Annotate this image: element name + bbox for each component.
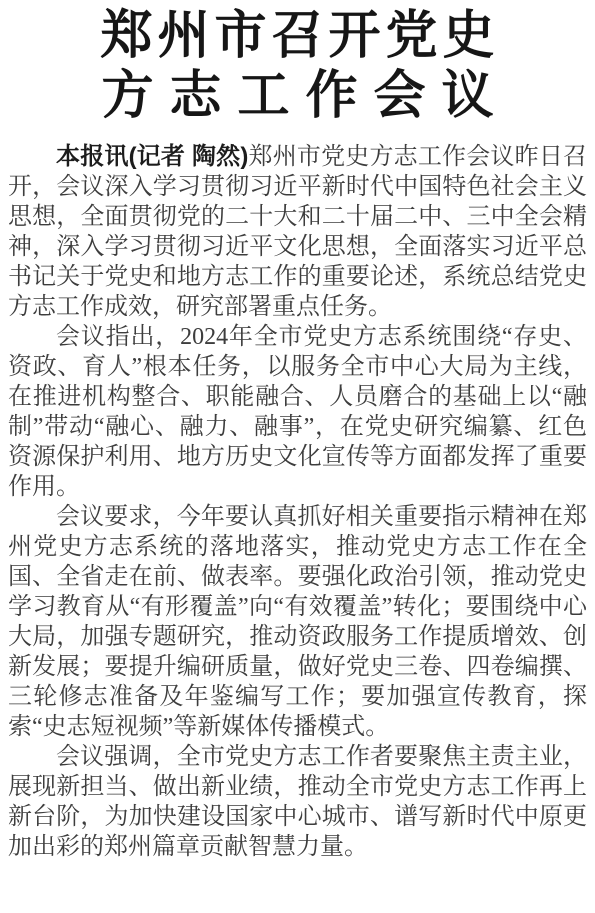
newspaper-page: 郑州市召开党史 方志工作会议 本报讯(记者 陶然)郑州市党史方志工作会议昨日召开… xyxy=(0,0,595,913)
paragraph-1-text: 郑州市党史方志工作会议昨日召开，会议深入学习贯彻习近平新时代中国特色社会主义思想… xyxy=(8,144,587,320)
article-headline: 郑州市召开党史 方志工作会议 xyxy=(0,0,595,126)
paragraph-3: 会议要求，今年要认真抓好相关重要指示精神在郑州党史方志系统的落地落实，推动党史方… xyxy=(8,502,587,742)
paragraph-4: 会议强调，全市党史方志工作者要聚焦主责主业，展现新担当、做出新业绩，推动全市党史… xyxy=(8,742,587,862)
paragraph-2: 会议指出，2024年全市党史方志系统围绕“存史、资政、育人”根本任务，以服务全市… xyxy=(8,322,587,502)
headline-line2: 方志工作会议 xyxy=(0,66,595,126)
article-body: 本报讯(记者 陶然)郑州市党史方志工作会议昨日召开，会议深入学习贯彻习近平新时代… xyxy=(0,126,595,862)
headline-line1: 郑州市召开党史 xyxy=(0,6,595,66)
paragraph-1: 本报讯(记者 陶然)郑州市党史方志工作会议昨日召开，会议深入学习贯彻习近平新时代… xyxy=(8,142,587,322)
byline-lead: 本报讯(记者 陶然) xyxy=(56,143,248,170)
